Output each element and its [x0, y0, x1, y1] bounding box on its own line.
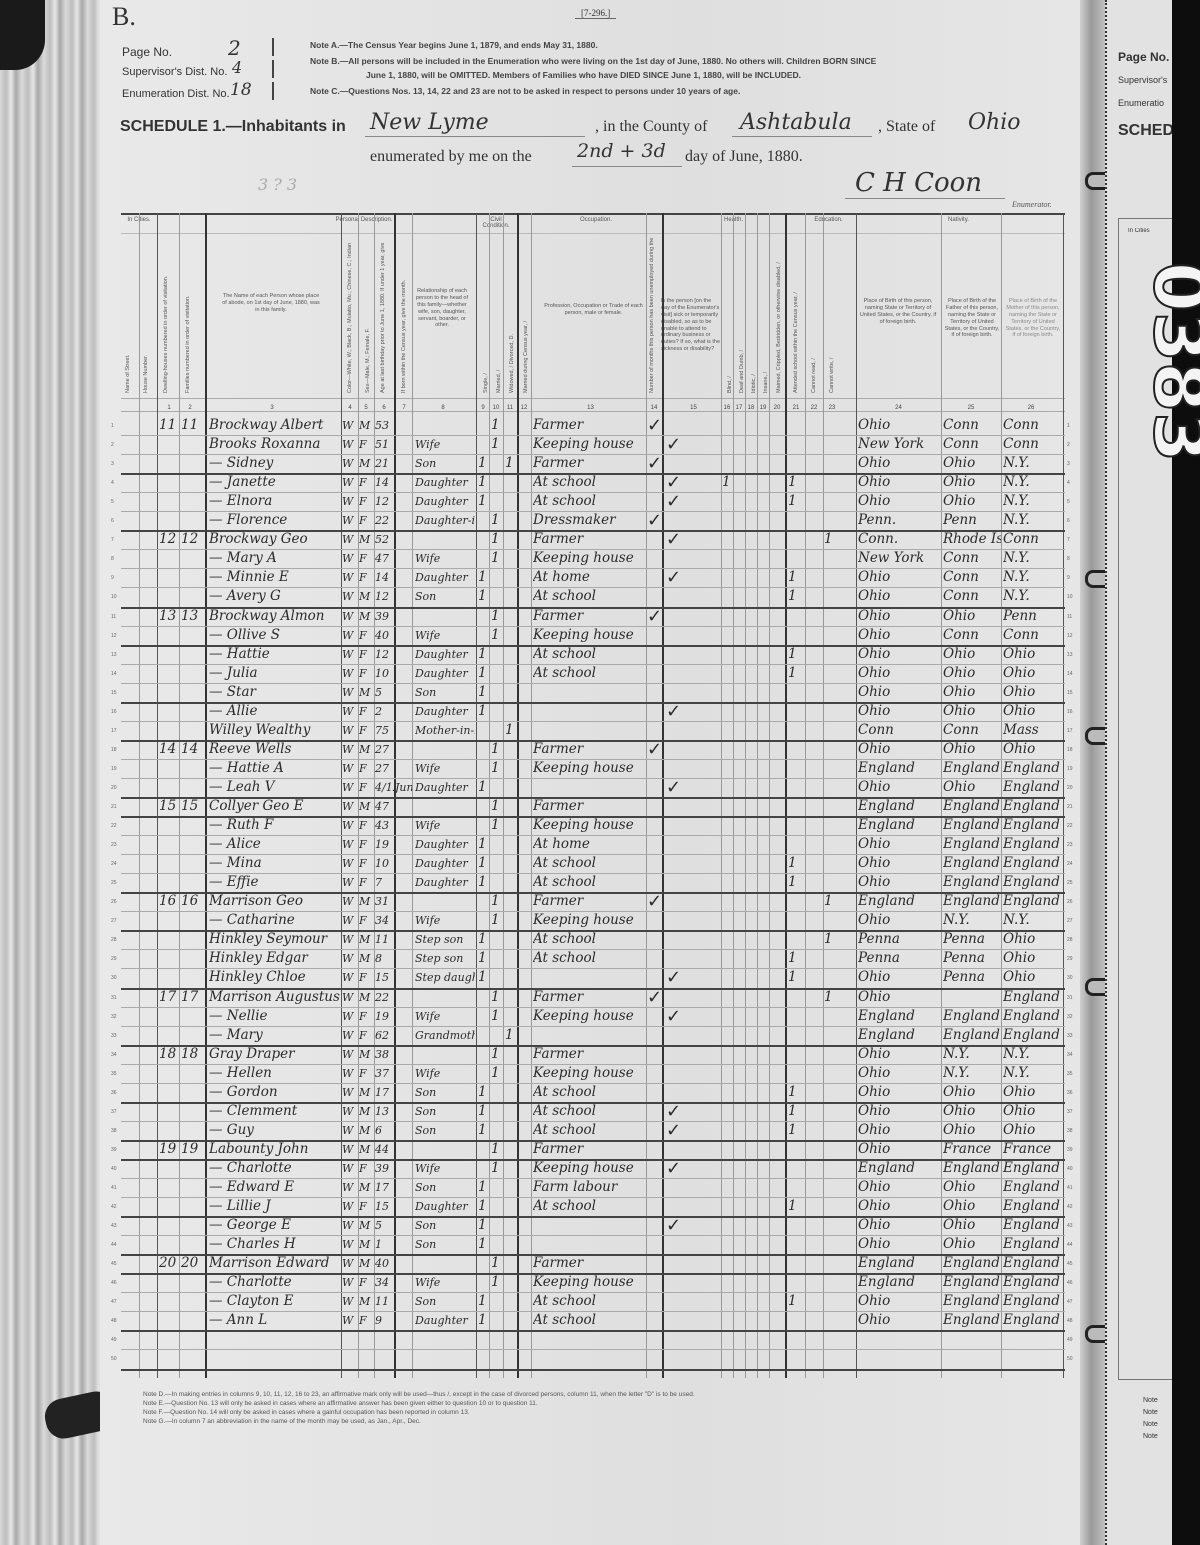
- birthplace: Ohio: [858, 454, 941, 473]
- birthplace: England: [858, 892, 941, 911]
- line-number: 44: [111, 1242, 117, 1248]
- father-birthplace: England: [943, 835, 1001, 854]
- age: 13: [375, 1102, 394, 1121]
- single-mark: 1: [478, 1083, 489, 1102]
- enumerator-label: Enumerator.: [1012, 200, 1052, 209]
- relationship: Son: [415, 1235, 475, 1254]
- person-name: Hinkley Chloe: [209, 968, 341, 987]
- line-number: 4: [111, 480, 114, 486]
- relationship: Daughter-in-law: [415, 511, 475, 530]
- relationship: Wife: [415, 1159, 475, 1178]
- birthplace: Ohio: [858, 1178, 941, 1197]
- occupation: Farmer: [533, 988, 646, 1007]
- sex: F: [359, 645, 374, 664]
- single-mark: 1: [478, 492, 489, 511]
- line-number: 7: [111, 537, 114, 543]
- father-birthplace: England: [943, 1254, 1001, 1273]
- birthplace: England: [858, 759, 941, 778]
- mother-birthplace: N.Y.: [1003, 587, 1063, 606]
- mother-birthplace: N.Y.: [1003, 911, 1063, 930]
- relationship: Daughter: [415, 702, 475, 721]
- brace-line: [272, 38, 274, 56]
- single-mark: 1: [478, 473, 489, 492]
- color: W: [342, 435, 358, 454]
- sex: F: [359, 854, 374, 873]
- color: W: [342, 1083, 358, 1102]
- person-name: — George E: [209, 1216, 341, 1235]
- line-number: 19: [1067, 766, 1073, 772]
- line-number: 39: [1067, 1147, 1073, 1153]
- widowed-mark: 1: [505, 454, 517, 473]
- relationship: Daughter: [415, 664, 475, 683]
- attended-school-mark: 1: [788, 873, 805, 892]
- family-number: 15: [181, 797, 203, 816]
- line-number: 24: [111, 861, 117, 867]
- occupation: At home: [533, 835, 646, 854]
- line-number: 49: [1067, 1337, 1073, 1343]
- line-number: 11: [1067, 614, 1072, 620]
- sex: M: [359, 1178, 374, 1197]
- occupation: At school: [533, 1311, 646, 1330]
- color: W: [342, 1121, 358, 1140]
- birthplace: Ohio: [858, 1311, 941, 1330]
- father-birthplace: Ohio: [943, 1102, 1001, 1121]
- book-spine: [0, 0, 112, 1545]
- mother-birthplace: Mass: [1003, 721, 1063, 740]
- person-name: Reeve Wells: [209, 740, 341, 759]
- col-rule: [805, 213, 806, 1378]
- dwelling-number: 20: [159, 1254, 179, 1273]
- occupation: Keeping house: [533, 549, 646, 568]
- sickness-mark: ✓: [666, 435, 721, 454]
- relationship: Daughter: [415, 778, 475, 797]
- dwelling-number: 11: [159, 416, 179, 435]
- father-birthplace: Ohio: [943, 1216, 1001, 1235]
- single-mark: 1: [478, 949, 489, 968]
- state-label: , State of: [878, 118, 935, 136]
- relationship: Daughter: [415, 835, 475, 854]
- occupation: Keeping house: [533, 911, 646, 930]
- color: W: [342, 568, 358, 587]
- birthplace: Ohio: [858, 1197, 941, 1216]
- age: 39: [375, 1159, 394, 1178]
- sickness-mark: ✓: [666, 1159, 721, 1178]
- age: 38: [375, 1045, 394, 1064]
- sex: F: [359, 664, 374, 683]
- color: W: [342, 1026, 358, 1045]
- person-name: — Ruth F: [209, 816, 341, 835]
- birthplace: Ohio: [858, 740, 941, 759]
- sex: M: [359, 1121, 374, 1140]
- sickness-mark: ✓: [666, 473, 721, 492]
- colnum-13: 13: [533, 405, 648, 411]
- person-name: — Elnora: [209, 492, 341, 511]
- person-name: — Julia: [209, 664, 341, 683]
- father-birthplace: England: [943, 1292, 1001, 1311]
- father-birthplace: England: [943, 797, 1001, 816]
- fill-line: [845, 198, 1005, 199]
- mother-birthplace: England: [1003, 1311, 1063, 1330]
- sex: M: [359, 1102, 374, 1121]
- colnum-26: 26: [1001, 405, 1061, 411]
- line-number: 10: [1067, 594, 1073, 600]
- attended-school-mark: 1: [788, 949, 805, 968]
- sex: F: [359, 835, 374, 854]
- birthplace: Ohio: [858, 664, 941, 683]
- single-mark: 1: [478, 835, 489, 854]
- color: W: [342, 664, 358, 683]
- line-number: 42: [1067, 1204, 1073, 1210]
- mother-birthplace: Conn: [1003, 416, 1063, 435]
- header-cannot-read: Cannot read, /: [811, 323, 817, 393]
- note-b-line2: June 1, 1880, will be OMITTED. Members o…: [366, 70, 801, 80]
- occupation: Keeping house: [533, 1064, 646, 1083]
- occupation: At school: [533, 1292, 646, 1311]
- father-birthplace: Conn: [943, 626, 1001, 645]
- person-name: — Edward E: [209, 1178, 341, 1197]
- header-name: The Name of each Person whose place of a…: [221, 293, 321, 314]
- family-number: 20: [181, 1254, 203, 1273]
- unemployed-mark: ✓: [647, 988, 662, 1007]
- line-number: 6: [111, 518, 114, 524]
- person-name: — Catharine: [209, 911, 341, 930]
- single-mark: 1: [478, 1197, 489, 1216]
- birthplace: Ohio: [858, 1064, 941, 1083]
- color: W: [342, 1045, 358, 1064]
- occupation: At school: [533, 492, 646, 511]
- person-name: — Hattie A: [209, 759, 341, 778]
- relationship: Daughter: [415, 473, 475, 492]
- line-number: 33: [1067, 1033, 1073, 1039]
- occupation: Farmer: [533, 416, 646, 435]
- family-number: 17: [181, 988, 203, 1007]
- age: 5: [375, 683, 394, 702]
- occupation: Keeping house: [533, 435, 646, 454]
- col-rule: [785, 213, 787, 1378]
- occupation: At school: [533, 854, 646, 873]
- sex: M: [359, 988, 374, 1007]
- birthplace: Conn.: [858, 530, 941, 549]
- sickness-mark: ✓: [666, 568, 721, 587]
- col-rule: [1001, 213, 1002, 1378]
- person-name: — Mina: [209, 854, 341, 873]
- colnum-12: 12: [517, 405, 531, 411]
- color: W: [342, 740, 358, 759]
- family-number: 19: [181, 1140, 203, 1159]
- sex: F: [359, 1311, 374, 1330]
- line-number: 17: [1067, 728, 1073, 734]
- sex: M: [359, 1292, 374, 1311]
- color: W: [342, 949, 358, 968]
- birthplace: New York: [858, 549, 941, 568]
- color: W: [342, 930, 358, 949]
- group-civil: Civil Condition.: [476, 217, 516, 229]
- attended-school-mark: 1: [788, 968, 805, 987]
- colnum-4: 4: [343, 405, 357, 411]
- sex: F: [359, 1026, 374, 1045]
- mother-birthplace: Ohio: [1003, 1102, 1063, 1121]
- age: 19: [375, 1007, 394, 1026]
- relationship: Son: [415, 1178, 475, 1197]
- age: 1: [375, 1235, 394, 1254]
- color: W: [342, 968, 358, 987]
- age: 40: [375, 1254, 394, 1273]
- mother-birthplace: N.Y.: [1003, 549, 1063, 568]
- occupation: At school: [533, 1121, 646, 1140]
- sex: M: [359, 949, 374, 968]
- sex: F: [359, 911, 374, 930]
- single-mark: 1: [478, 968, 489, 987]
- sex: M: [359, 607, 374, 626]
- relationship: Wife: [415, 759, 475, 778]
- person-name: — Florence: [209, 511, 341, 530]
- relationship: Son: [415, 454, 475, 473]
- cannot-write-mark: 1: [824, 530, 854, 549]
- occupation: At school: [533, 664, 646, 683]
- county-label: , in the County of: [595, 118, 707, 136]
- widowed-mark: 1: [505, 1026, 517, 1045]
- person-name: — Star: [209, 683, 341, 702]
- unemployed-mark: ✓: [647, 511, 662, 530]
- attended-school-mark: 1: [788, 568, 805, 587]
- line-number: 13: [1067, 652, 1073, 658]
- married-mark: 1: [491, 626, 503, 645]
- sex: F: [359, 721, 374, 740]
- line-number: 27: [1067, 918, 1073, 924]
- person-name: Hinkley Edgar: [209, 949, 341, 968]
- brace-line: [272, 82, 274, 100]
- person-name: — Ann L: [209, 1311, 341, 1330]
- fill-line: [365, 136, 585, 137]
- colnum-8: 8: [413, 405, 473, 411]
- group-header-divider: [121, 233, 1065, 234]
- mother-birthplace: France: [1003, 1140, 1063, 1159]
- color: W: [342, 587, 358, 606]
- line-number: 31: [111, 995, 117, 1001]
- dwelling-number: 15: [159, 797, 179, 816]
- adjacent-schedule-label: SCHEDU: [1118, 122, 1173, 140]
- age: 10: [375, 854, 394, 873]
- col-rule: [769, 213, 770, 1378]
- group-occupation: Occupation.: [541, 217, 651, 223]
- married-mark: 1: [491, 911, 503, 930]
- sex: F: [359, 511, 374, 530]
- mother-birthplace: England: [1003, 1235, 1063, 1254]
- attended-school-mark: 1: [788, 645, 805, 664]
- occupation: Keeping house: [533, 1007, 646, 1026]
- occupation: At home: [533, 568, 646, 587]
- line-number: 14: [111, 671, 117, 677]
- relationship: Daughter: [415, 645, 475, 664]
- age: 62: [375, 1026, 394, 1045]
- line-number: 25: [1067, 880, 1073, 886]
- father-birthplace: France: [943, 1140, 1001, 1159]
- header-maimed: Maimed, Crippled, Bedridden, or otherwis…: [776, 238, 782, 393]
- birthplace: England: [858, 1273, 941, 1292]
- line-number: 18: [111, 747, 117, 753]
- line-number: 30: [1067, 975, 1073, 981]
- adjacent-page-no-label: Page No.: [1118, 50, 1173, 64]
- birthplace: England: [858, 797, 941, 816]
- mother-birthplace: N.Y.: [1003, 568, 1063, 587]
- health-mark: 1: [722, 473, 733, 492]
- group-personal: Personal Description.: [334, 217, 394, 223]
- mother-birthplace: England: [1003, 1273, 1063, 1292]
- age: 2: [375, 702, 394, 721]
- line-number: 19: [111, 766, 117, 772]
- age: 5: [375, 1216, 394, 1235]
- person-name: Willey Wealthy: [209, 721, 341, 740]
- sickness-mark: ✓: [666, 702, 721, 721]
- sex: F: [359, 759, 374, 778]
- colnum-5: 5: [359, 405, 373, 411]
- father-birthplace: Conn: [943, 549, 1001, 568]
- footer-notes: Note D.—In making entries in columns 9, …: [143, 1390, 695, 1426]
- col-rule: [757, 213, 758, 1378]
- mother-birthplace: Ohio: [1003, 645, 1063, 664]
- person-name: Labounty John: [209, 1140, 341, 1159]
- col-rule: [531, 213, 532, 1378]
- single-mark: 1: [478, 587, 489, 606]
- adjacent-enumeration-label: Enumeratio: [1118, 98, 1173, 108]
- age: 51: [375, 435, 394, 454]
- line-number: 17: [111, 728, 117, 734]
- birthplace: Ohio: [858, 1140, 941, 1159]
- person-name: Brockway Geo: [209, 530, 341, 549]
- father-birthplace: England: [943, 892, 1001, 911]
- line-number: 25: [111, 880, 117, 886]
- film-frame-stamp: 0383: [1138, 262, 1200, 462]
- line-number: 32: [111, 1014, 117, 1020]
- col-rule: [205, 213, 207, 1378]
- line-number: 20: [1067, 785, 1073, 791]
- birthplace: Ohio: [858, 968, 941, 987]
- book-binding: [1080, 0, 1108, 1545]
- mother-birthplace: Ohio: [1003, 1121, 1063, 1140]
- relationship: Son: [415, 587, 475, 606]
- age: 31: [375, 892, 394, 911]
- col-rule: [721, 213, 722, 1378]
- sex: M: [359, 797, 374, 816]
- birthplace: Penn.: [858, 511, 941, 530]
- line-number: 3: [1067, 461, 1070, 467]
- occupation: Keeping house: [533, 1159, 646, 1178]
- person-name: — Minnie E: [209, 568, 341, 587]
- person-name: — Mary: [209, 1026, 341, 1045]
- sickness-mark: ✓: [666, 778, 721, 797]
- birth-month: June: [395, 778, 412, 797]
- sex: F: [359, 873, 374, 892]
- line-number: 12: [111, 633, 117, 639]
- age: 8: [375, 949, 394, 968]
- single-mark: 1: [478, 568, 489, 587]
- relationship: Wife: [415, 435, 475, 454]
- color: W: [342, 797, 358, 816]
- col-rule: [489, 213, 490, 1378]
- color: W: [342, 1273, 358, 1292]
- father-birthplace: England: [943, 1273, 1001, 1292]
- sex: F: [359, 473, 374, 492]
- mother-birthplace: England: [1003, 778, 1063, 797]
- single-mark: 1: [478, 1292, 489, 1311]
- person-name: — Ollive S: [209, 626, 341, 645]
- sex: M: [359, 1235, 374, 1254]
- birthplace: England: [858, 1026, 941, 1045]
- col-rule: [662, 213, 664, 1378]
- color: W: [342, 1197, 358, 1216]
- header-sex: Sex—Male, M.; Female, F.: [365, 243, 371, 393]
- colnum-16: 16: [721, 405, 733, 411]
- birthplace: England: [858, 816, 941, 835]
- color: W: [342, 454, 358, 473]
- father-birthplace: N.Y.: [943, 1045, 1001, 1064]
- line-number: 31: [1067, 995, 1073, 1001]
- married-mark: 1: [491, 988, 503, 1007]
- dwelling-number: 16: [159, 892, 179, 911]
- note-a: Note A.—The Census Year begins June 1, 1…: [310, 40, 598, 50]
- birthplace: Conn: [858, 721, 941, 740]
- mother-birthplace: England: [1003, 1254, 1063, 1273]
- color: W: [342, 1140, 358, 1159]
- birthplace: Ohio: [858, 607, 941, 626]
- father-birthplace: Ohio: [943, 702, 1001, 721]
- color: W: [342, 473, 358, 492]
- relationship: Step daughter: [415, 968, 475, 987]
- relationship: Wife: [415, 626, 475, 645]
- single-mark: 1: [478, 1235, 489, 1254]
- person-name: — Mary A: [209, 549, 341, 568]
- relationship: Mother-in-law: [415, 721, 475, 740]
- married-mark: 1: [491, 511, 503, 530]
- father-birthplace: Penna: [943, 949, 1001, 968]
- age: 14: [375, 473, 394, 492]
- color: W: [342, 988, 358, 1007]
- line-number: 9: [1067, 575, 1070, 581]
- mother-birthplace: Penn: [1003, 607, 1063, 626]
- father-birthplace: Ohio: [943, 740, 1001, 759]
- header-bottom-line: [121, 398, 1065, 399]
- birthplace: Ohio: [858, 492, 941, 511]
- colnum-22: 22: [805, 405, 823, 411]
- color: W: [342, 492, 358, 511]
- line-number: 28: [111, 937, 117, 943]
- age: 7: [375, 873, 394, 892]
- color: W: [342, 1216, 358, 1235]
- father-birthplace: Ohio: [943, 492, 1001, 511]
- mother-birthplace: N.Y.: [1003, 511, 1063, 530]
- birthplace: Ohio: [858, 587, 941, 606]
- supervisor-value: 4: [232, 58, 242, 77]
- line-number: 46: [111, 1280, 117, 1286]
- person-name: — Charles H: [209, 1235, 341, 1254]
- person-name: — Allie: [209, 702, 341, 721]
- line-number: 13: [111, 652, 117, 658]
- color: W: [342, 1178, 358, 1197]
- sickness-mark: ✓: [666, 492, 721, 511]
- single-mark: 1: [478, 664, 489, 683]
- header-house-number: House Number.: [143, 243, 149, 393]
- married-mark: 1: [491, 530, 503, 549]
- line-number: 22: [1067, 823, 1073, 829]
- enumeration-label: Enumeration Dist. No.: [122, 88, 230, 100]
- adjacent-notes: Note Note Note Note: [1143, 1395, 1173, 1443]
- header-unemployed: Number of months this person has been un…: [649, 238, 655, 393]
- age: 39: [375, 607, 394, 626]
- dwelling-number: 14: [159, 740, 179, 759]
- occupation: Keeping house: [533, 1273, 646, 1292]
- line-number: 29: [111, 956, 117, 962]
- line-number: 48: [1067, 1318, 1073, 1324]
